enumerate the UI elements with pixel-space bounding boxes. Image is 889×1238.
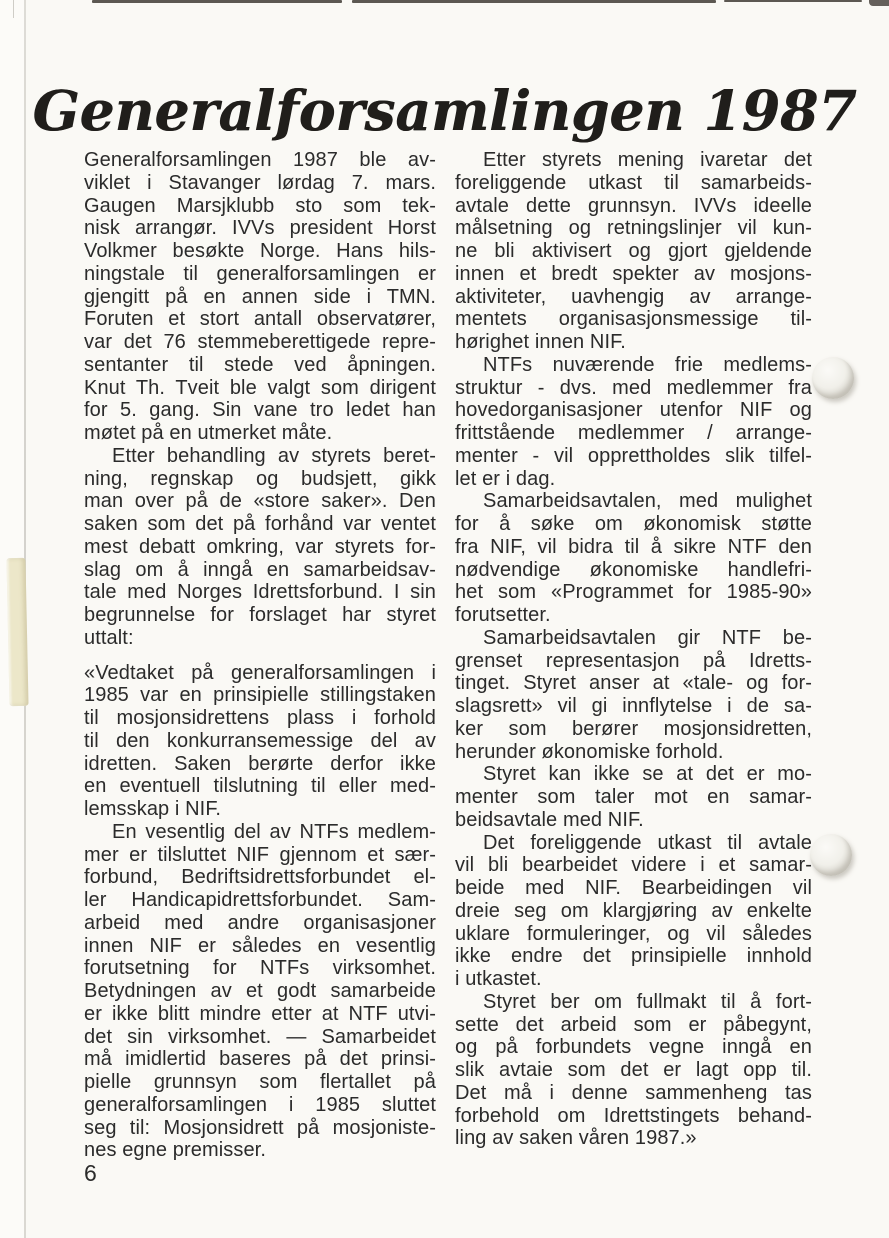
text-line: dreie seg om klargjøring av enkelte: [455, 900, 812, 923]
text-line: herunder økonomiske forhold.: [455, 741, 812, 764]
text-line: «Vedtaket på generalforsamlingen i: [84, 662, 436, 685]
text-line: ikke endre det prinsipielle innhold: [455, 945, 812, 968]
paragraph: NTFs nuværende frie medlems-struktur - d…: [455, 354, 812, 491]
text-line: til mosjonsidrettens plass i forhold: [84, 707, 436, 730]
text-line: nes egne premisser.: [84, 1139, 436, 1162]
text-line: ningstale til generalforsamlingen er: [84, 263, 436, 286]
paper-blemish-mark: [810, 834, 852, 876]
text-line: det sin virksomhet. — Samarbeidet: [84, 1026, 436, 1049]
text-line: pielle grunnsyn som flertallet på: [84, 1071, 436, 1094]
paragraph: Samarbeidsavtalen gir NTF be-grenset rep…: [455, 627, 812, 764]
text-line: 1985 var en prinsipielle stillingstaken: [84, 684, 436, 707]
text-line: til den konkurransemessige del av: [84, 730, 436, 753]
paragraph: Styret ber om fullmakt til å fort-sette …: [455, 991, 812, 1150]
text-line: ling av saken våren 1987.»: [455, 1127, 812, 1150]
text-line: arbeid med andre organisasjoner: [84, 912, 436, 935]
scan-cutoff-mark: [352, 0, 716, 3]
text-line: forbehold om Idrettstingets behand-: [455, 1105, 812, 1128]
text-line: Gaugen Marsjklubb sto som tek-: [84, 195, 436, 218]
page-edge-line-top: [13, 0, 14, 18]
text-line: innen NIF er således en vesentlig: [84, 935, 436, 958]
paragraph: Etter styrets mening ivaretar detforelig…: [455, 149, 812, 354]
text-line: nødvendige økonomiske handlefri-: [455, 559, 812, 582]
text-line: uklare formuleringer, og vil således: [455, 923, 812, 946]
text-line: vil bli bearbeidet videre i et samar-: [455, 854, 812, 877]
text-line: nisk arrangør. IVVs president Horst: [84, 217, 436, 240]
text-line: begrunnelse for forslaget har styret: [84, 604, 436, 627]
text-line: møtet på en utmerket måte.: [84, 422, 436, 445]
text-line: Det foreliggende utkast til avtale: [455, 832, 812, 855]
text-line: er ikke blitt mindre etter at NTF utvi-: [84, 1003, 436, 1026]
text-line: Etter styrets mening ivaretar det: [455, 149, 812, 172]
text-line: generalforsamlingen i 1985 sluttet: [84, 1094, 436, 1117]
left-edge-tab: [6, 558, 28, 706]
text-line: viklet i Stavanger lørdag 7. mars.: [84, 172, 436, 195]
scan-corner-smudge: [869, 0, 889, 6]
paragraph: Generalforsamlingen 1987 ble av-viklet i…: [84, 149, 436, 445]
text-line: ler Handicapidrettsforbundet. Sam-: [84, 889, 436, 912]
text-line: og på forbundets vegne inngå en: [455, 1036, 812, 1059]
text-line: ne bli aktivisert og gjort gjeldende: [455, 240, 812, 263]
text-line: Styret kan ikke se at det er mo-: [455, 763, 812, 786]
text-line: slik avtaie som det er lagt opp til.: [455, 1059, 812, 1082]
text-column-left: Generalforsamlingen 1987 ble av-viklet i…: [84, 149, 436, 1162]
text-line: for 5. gang. Sin vane tro ledet han: [84, 399, 436, 422]
text-line: mer er tilsluttet NIF gjennom et sær-: [84, 844, 436, 867]
text-column-right: Etter styrets mening ivaretar detforelig…: [455, 149, 812, 1150]
paragraph: En vesentlig del av NTFs medlem-mer er t…: [84, 821, 436, 1162]
text-line: slagsrett» vil gi innflytelse i de sa-: [455, 695, 812, 718]
text-line: avtale dette grunnsyn. IVVs ideelle: [455, 195, 812, 218]
text-line: tinget. Styret anser at «tale- og for-: [455, 672, 812, 695]
text-line: struktur - dvs. med medlemmer fra: [455, 377, 812, 400]
text-line: fra NIF, vil bidra til å sikre NTF den: [455, 536, 812, 559]
text-line: i utkastet.: [455, 968, 812, 991]
page-number: 6: [84, 1160, 97, 1187]
text-line: en eventuell tilslutning til eller med-: [84, 775, 436, 798]
text-line: uttalt:: [84, 627, 436, 650]
text-line: hovedorganisasjoner utenfor NIF og: [455, 399, 812, 422]
text-line: gjengitt på en annen side i TMN.: [84, 286, 436, 309]
scanned-document-page: Generalforsamlingen 1987 Generalforsamli…: [0, 0, 889, 1238]
text-line: foreliggende utkast til samarbeids-: [455, 172, 812, 195]
text-line: man over på de «store saker». Den: [84, 490, 436, 513]
text-line: ning, regnskap og budsjett, gikk: [84, 468, 436, 491]
text-line: forutsetning for NTFs virksomhet.: [84, 957, 436, 980]
text-line: Samarbeidsavtalen, med mulighet: [455, 490, 812, 513]
text-line: Styret ber om fullmakt til å fort-: [455, 991, 812, 1014]
text-line: NTFs nuværende frie medlems-: [455, 354, 812, 377]
text-line: sentanter til stede ved åpningen.: [84, 354, 436, 377]
paper-blemish-mark: [812, 357, 854, 399]
text-line: menter som taler mot en samar-: [455, 786, 812, 809]
text-line: beide med NIF. Bearbeidingen vil: [455, 877, 812, 900]
text-line: hørighet innen NIF.: [455, 331, 812, 354]
paragraph: Etter behandling av styrets beret-ning, …: [84, 445, 436, 650]
text-line: Etter behandling av styrets beret-: [84, 445, 436, 468]
text-line: må imidlertid baseres på det prinsi-: [84, 1048, 436, 1071]
text-line: grenset representasjon på Idretts-: [455, 650, 812, 673]
paragraph: Det foreliggende utkast til avtalevil bl…: [455, 832, 812, 991]
text-line: målsetning og retningslinjer vil kun-: [455, 217, 812, 240]
text-line: En vesentlig del av NTFs medlem-: [84, 821, 436, 844]
text-line: sette det arbeid som er påbegynt,: [455, 1014, 812, 1037]
scan-cutoff-mark: [92, 0, 342, 3]
text-line: Knut Th. Tveit ble valgt som dirigent: [84, 377, 436, 400]
text-line: saken som det på forhånd var ventet: [84, 513, 436, 536]
text-line: Det må i denne sammenheng tas: [455, 1082, 812, 1105]
text-line: Betydningen av et godt samarbeide: [84, 980, 436, 1003]
text-line: Generalforsamlingen 1987 ble av-: [84, 149, 436, 172]
text-line: mentets organisasjonsmessige til-: [455, 308, 812, 331]
text-line: tale med Norges Idrettsforbund. I sin: [84, 581, 436, 604]
page-title: Generalforsamlingen 1987: [30, 79, 859, 142]
text-line: idretten. Saken berørte derfor ikke: [84, 753, 436, 776]
text-line: slag om å inngå en samarbeidsav-: [84, 559, 436, 582]
text-line: mest debatt omkring, var styrets for-: [84, 536, 436, 559]
text-line: seg til: Mosjonsidrett på mosjoniste-: [84, 1117, 436, 1140]
text-line: het som «Programmet for 1985-90»: [455, 581, 812, 604]
paragraph: Styret kan ikke se at det er mo-menter s…: [455, 763, 812, 831]
text-line: beidsavtale med NIF.: [455, 809, 812, 832]
text-line: Volkmer besøkte Norge. Hans hils-: [84, 240, 436, 263]
text-line: ker som berører mosjonsidretten,: [455, 718, 812, 741]
paragraph: Samarbeidsavtalen, med mulighetfor å søk…: [455, 490, 812, 627]
text-line: menter - vil opprettholdes slik tilfel-: [455, 445, 812, 468]
text-line: forutsetter.: [455, 604, 812, 627]
text-line: for å søke om økonomisk støtte: [455, 513, 812, 536]
text-line: Samarbeidsavtalen gir NTF be-: [455, 627, 812, 650]
text-line: lemsskap i NIF.: [84, 798, 436, 821]
text-line: let er i dag.: [455, 468, 812, 491]
text-line: innen et bredt spekter av mosjons-: [455, 263, 812, 286]
paragraph: «Vedtaket på generalforsamlingen i1985 v…: [84, 662, 436, 821]
text-line: forbund, Bedriftsidrettsforbundet el-: [84, 866, 436, 889]
text-line: var det 76 stemmeberettigede repre-: [84, 331, 436, 354]
scan-cutoff-mark: [724, 0, 862, 2]
text-line: Foruten et stort antall observatører,: [84, 308, 436, 331]
text-line: aktiviteter, uavhengig av arrange-: [455, 286, 812, 309]
text-line: frittstående medlemmer / arrange-: [455, 422, 812, 445]
